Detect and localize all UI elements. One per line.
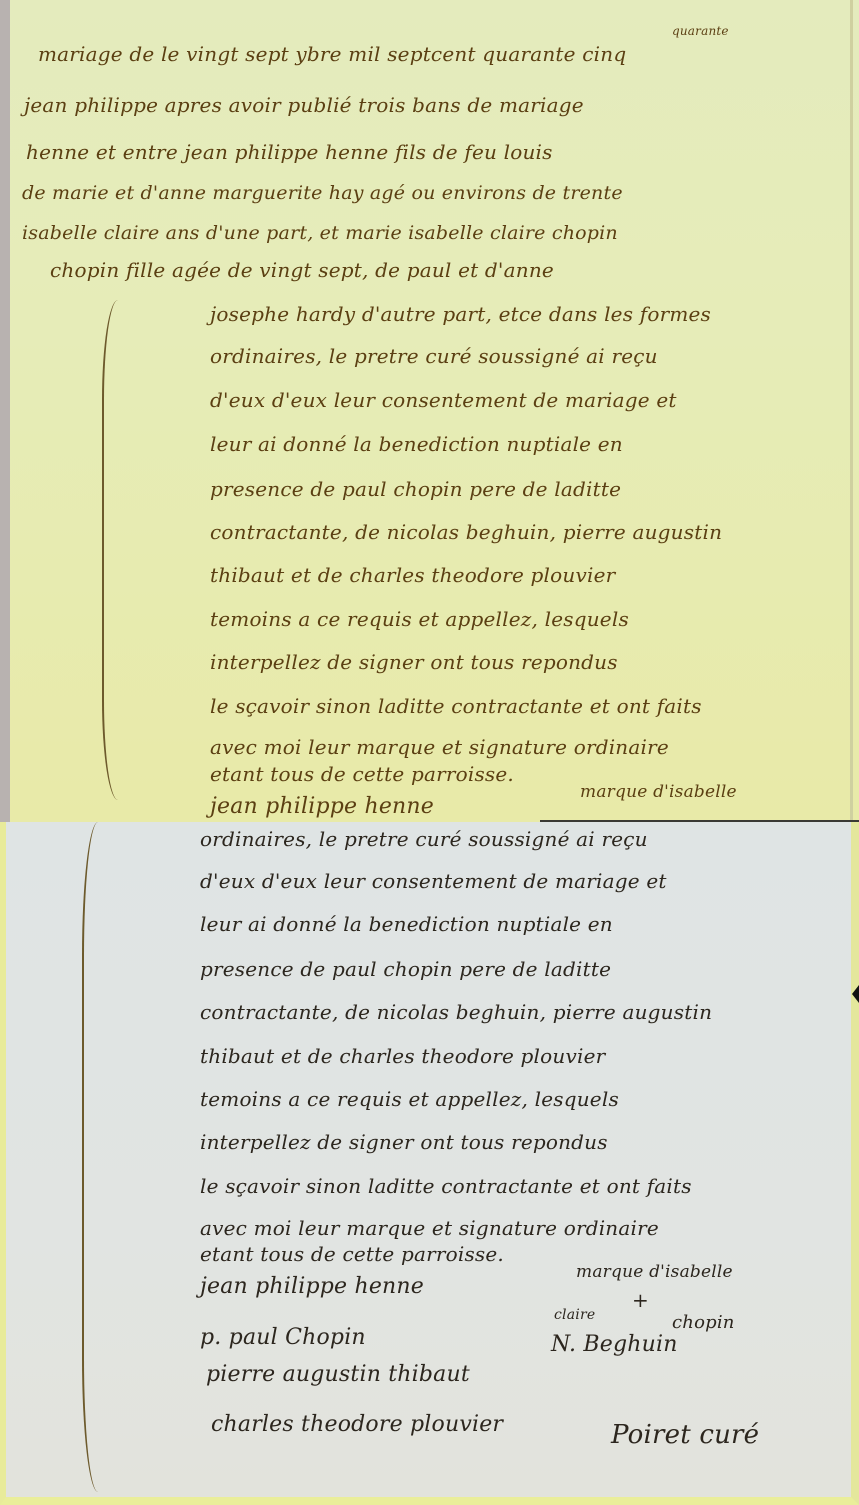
groom-signature: jean philippe henne (210, 794, 434, 819)
text-line: isabelle claire ans d'une part, et marie… (22, 222, 618, 244)
priest-signature: Poiret curé (611, 1420, 759, 1450)
bride-name-part: claire (554, 1307, 595, 1323)
text-line: presence de paul chopin pere de laditte (210, 477, 621, 501)
text-line: contractante, de nicolas beghuin, pierre… (210, 520, 722, 544)
text-line: de marie et d'anne marguerite hay agé ou… (22, 182, 623, 204)
text-line: thibaut et de charles theodore plouvier (210, 563, 615, 587)
text-line: henne et entre jean philippe henne fils … (26, 140, 553, 164)
text-line: temoins a ce requis et appellez, lesquel… (200, 1087, 619, 1111)
bride-name-part: chopin (672, 1312, 735, 1333)
text-line: leur ai donné la benediction nuptiale en (200, 912, 613, 936)
text-line: ordinaires, le pretre curé soussigné ai … (210, 344, 658, 368)
text-line: temoins a ce requis et appellez, lesquel… (210, 607, 629, 631)
witness-signature-charles: charles theodore plouvier (211, 1412, 503, 1437)
margin-note: mariage de le vingt sept ybre mil septce… (38, 42, 626, 66)
text-line: josephe hardy d'autre part, etce dans le… (210, 302, 711, 326)
text-line: contractante, de nicolas beghuin, pierre… (200, 1000, 712, 1024)
text-line: etant tous de cette parroisse. (210, 762, 514, 786)
mark-label: marque d'isabelle (580, 782, 737, 802)
text-line: jean philippe apres avoir publié trois b… (24, 93, 584, 117)
text-line: interpellez de signer ont tous repondus (200, 1130, 608, 1154)
text-line: d'eux d'eux leur consentement de mariage… (200, 869, 667, 893)
text-line: d'eux d'eux leur consentement de mariage… (210, 388, 677, 412)
text-line: avec moi leur marque et signature ordina… (210, 735, 669, 759)
text-line: ordinaires, le pretre curé soussigné ai … (200, 827, 648, 851)
register-page-bottom: ordinaires, le pretre curé soussigné ai … (0, 822, 859, 1505)
margin-brace (102, 300, 134, 800)
text-line: chopin fille agée de vingt sept, de paul… (50, 258, 554, 282)
register-page-top: mariage de le vingt sept ybre mil septce… (0, 0, 859, 822)
superscript-correction: quarante (672, 24, 729, 38)
text-line: le sçavoir sinon laditte contractante et… (200, 1174, 692, 1198)
text-line: avec moi leur marque et signature ordina… (200, 1216, 659, 1240)
text-line: thibaut et de charles theodore plouvier (200, 1044, 605, 1068)
margin-brace (82, 822, 114, 1492)
text-line: etant tous de cette parroisse. (200, 1242, 504, 1266)
bride-mark-cross: + (632, 1288, 649, 1312)
text-line: presence de paul chopin pere de laditte (200, 957, 611, 981)
side-scroll-arrow-icon (852, 985, 859, 1003)
groom-signature: jean philippe henne (200, 1274, 424, 1299)
witness-signature-pierre: pierre augustin thibaut (206, 1362, 470, 1387)
text-line: le sçavoir sinon laditte contractante et… (210, 694, 702, 718)
witness-signature-nicolas: N. Beghuin (551, 1332, 678, 1357)
text-line: interpellez de signer ont tous repondus (210, 650, 618, 674)
father-signature: p. paul Chopin (200, 1325, 366, 1350)
mark-label: marque d'isabelle (576, 1262, 733, 1282)
text-line: leur ai donné la benediction nuptiale en (210, 432, 623, 456)
